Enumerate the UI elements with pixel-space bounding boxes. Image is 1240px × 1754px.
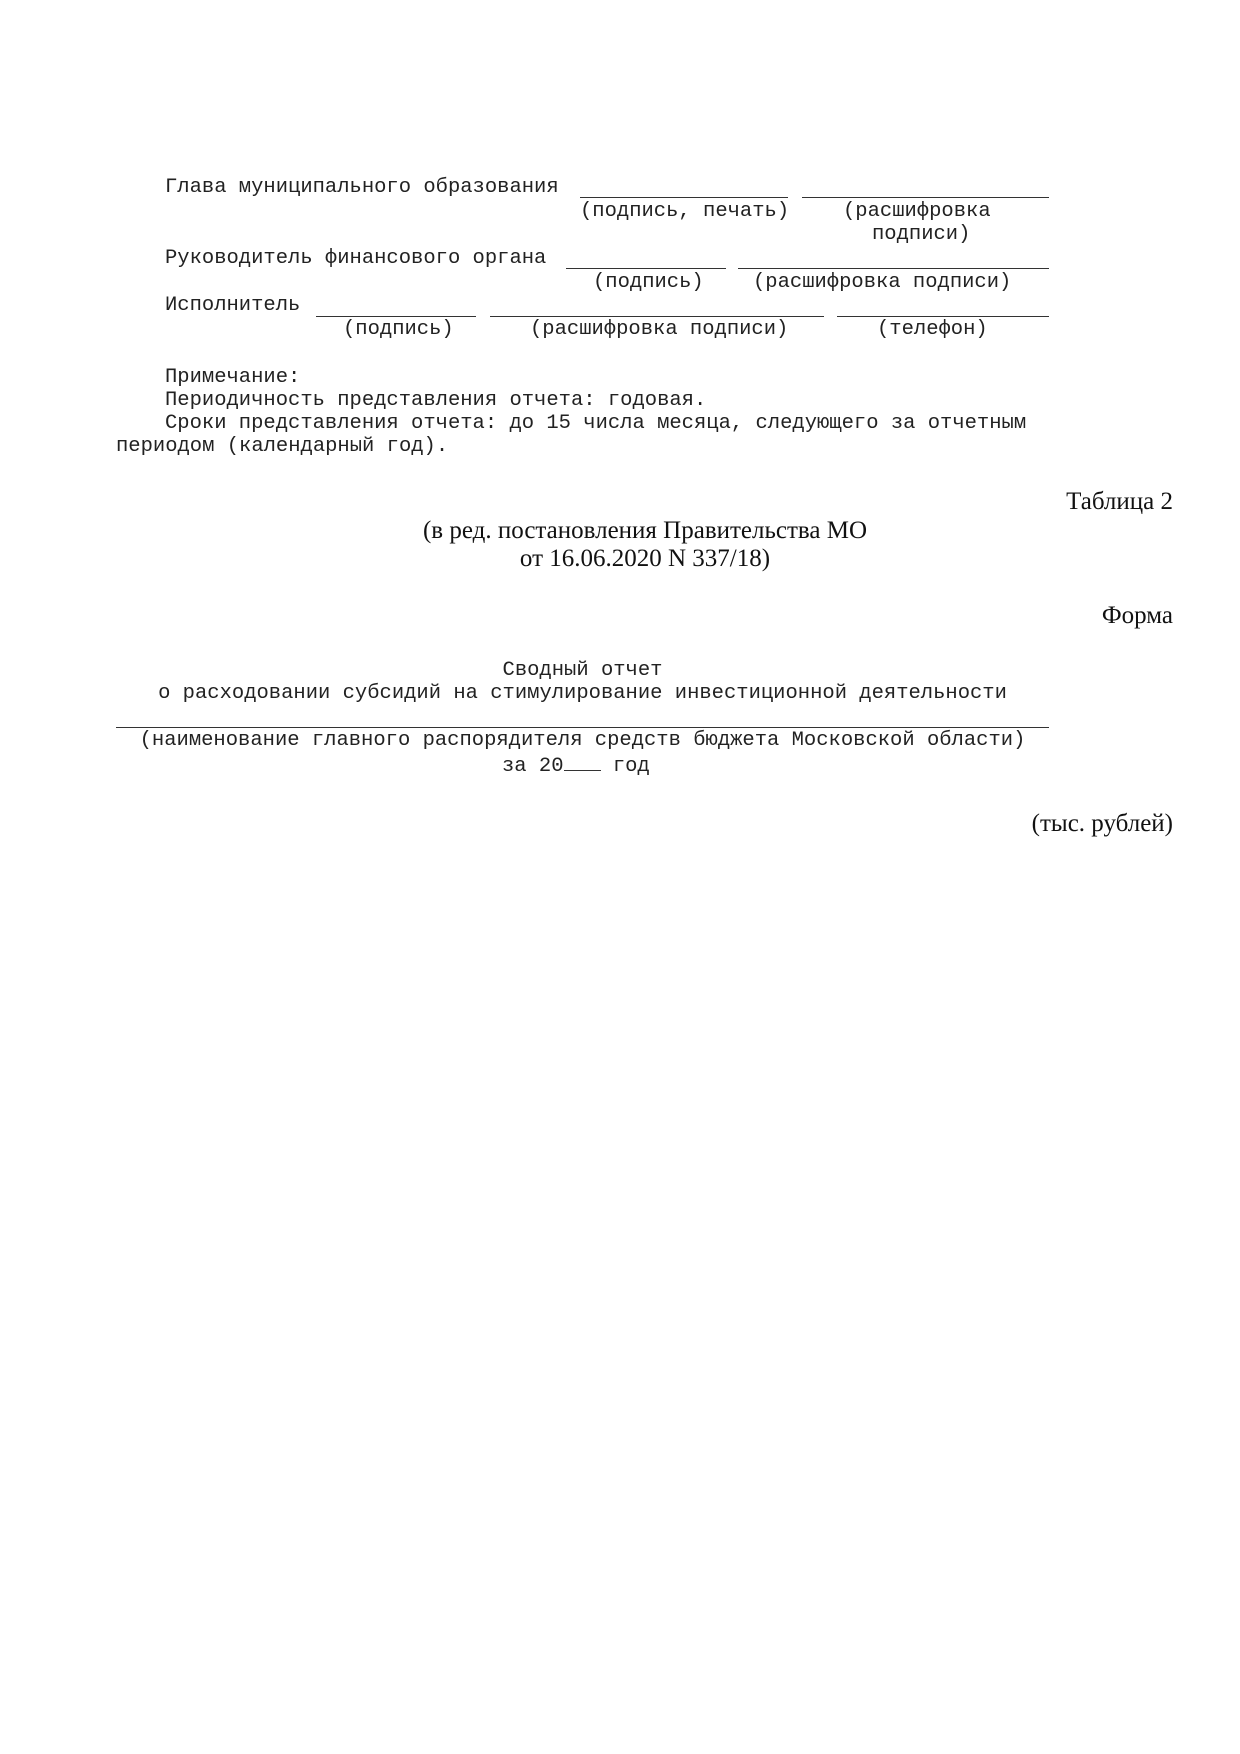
finance-head-signature-caption: (подпись) (593, 271, 704, 294)
head-decode-line[interactable] (802, 197, 1049, 198)
year-space (601, 755, 613, 778)
finance-head-decode-caption: (расшифровка подписи) (753, 271, 1011, 294)
note-periodicity: Периодичность представления отчета: годо… (165, 389, 706, 412)
executor-decode-line[interactable] (490, 316, 824, 317)
finance-head-signature-line[interactable] (566, 268, 726, 269)
org-name-line[interactable] (116, 727, 1049, 728)
note-title: Примечание: (165, 366, 300, 389)
table-label: Таблица 2 (1066, 488, 1173, 516)
year-prefix: за 20 (502, 755, 564, 778)
report-year: за 20 год (502, 752, 650, 778)
head-label: Глава муниципального образования (165, 176, 559, 199)
executor-phone-caption: (телефон) (877, 318, 988, 341)
executor-phone-line[interactable] (837, 316, 1049, 317)
executor-decode-caption: (расшифровка подписи) (530, 318, 788, 341)
head-decode-caption-1: (расшифровка (843, 200, 991, 223)
note-deadline-line-1: Сроки представления отчета: до 15 числа … (165, 412, 1026, 435)
head-decode-caption-2: подписи) (872, 223, 970, 246)
executor-signature-line[interactable] (316, 316, 476, 317)
form-label: Форма (1102, 602, 1173, 630)
report-title: Сводный отчет (116, 659, 1049, 682)
amendment-line-2[interactable]: от 16.06.2020 N 337/18) (0, 545, 1240, 573)
year-blank[interactable] (564, 752, 601, 771)
finance-head-label: Руководитель финансового органа (165, 247, 546, 270)
note-deadline-line-2: периодом (календарный год). (116, 435, 448, 458)
executor-signature-caption: (подпись) (343, 318, 454, 341)
report-subtitle: о расходовании субсидий на стимулировани… (116, 682, 1049, 705)
units-label: (тыс. рублей) (1032, 810, 1173, 838)
org-name-caption: (наименование главного распорядителя сре… (116, 729, 1049, 752)
finance-head-decode-line[interactable] (738, 268, 1049, 269)
year-suffix: год (613, 755, 650, 778)
executor-label: Исполнитель (165, 294, 300, 317)
head-signature-line[interactable] (580, 197, 788, 198)
head-signature-caption: (подпись, печать) (580, 200, 789, 223)
amendment-line-1[interactable]: (в ред. постановления Правительства МО (0, 517, 1240, 545)
